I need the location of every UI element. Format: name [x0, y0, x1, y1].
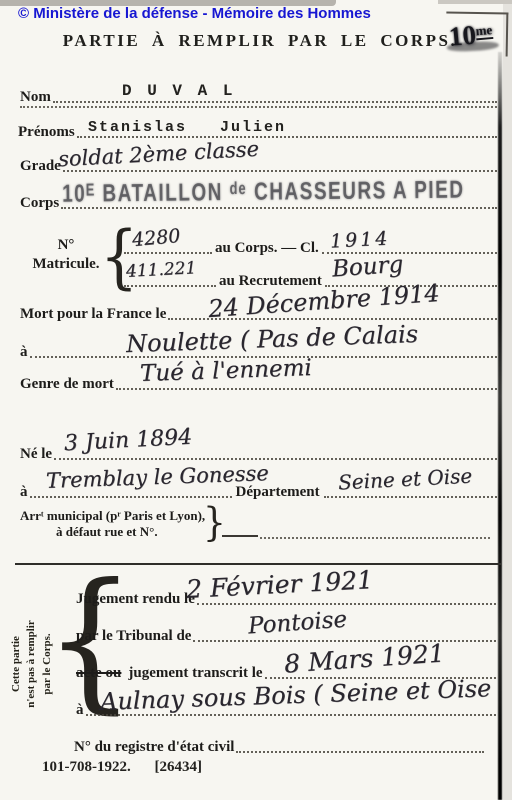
- matricule-corps-number: 4280: [131, 225, 181, 251]
- registre-label: N° du registre d'état civil: [74, 738, 234, 756]
- matricule-recrutement-number: 411.221: [126, 258, 197, 282]
- footer-reference-row: 101-708-1922. [26434]: [42, 759, 202, 776]
- nom-value: D U V A L: [122, 82, 235, 100]
- registre-leader: [236, 749, 484, 753]
- transcrit-label: jugement transcrit le: [128, 664, 262, 682]
- classe-value: 1914: [329, 227, 390, 252]
- corps-stamp-value: 10ᴱ BATAILLON ᵈᵉ CHASSEURS A PIED: [62, 177, 465, 210]
- ne-lieu-label: à: [20, 483, 28, 501]
- corps-label: Corps: [20, 194, 59, 212]
- arrondissement-dotline: [260, 535, 490, 539]
- footer-number: [26434]: [155, 759, 203, 775]
- matricule-recr-leader1: [124, 283, 216, 287]
- ne-le-label: Né le: [20, 445, 52, 463]
- arrondissement-label-line2: à défaut rue et N°.: [56, 524, 158, 540]
- field-nom: Nom: [20, 86, 497, 106]
- departement-leader: [324, 494, 497, 498]
- document-page: © Ministère de la défense - Mémoire des …: [0, 0, 512, 800]
- ne-le-leader: [54, 456, 497, 460]
- matricule-label: Matricule.: [26, 256, 106, 273]
- mort-date-label: Mort pour la France le: [20, 305, 166, 323]
- corner-stamp-suffix: me: [475, 22, 493, 40]
- footer-reference: 101-708-1922.: [42, 759, 131, 775]
- mort-lieu-label: à: [20, 343, 28, 361]
- side-note-line1: Cette partie: [9, 589, 24, 739]
- recrutement-place-value: Bourg: [331, 252, 404, 283]
- corner-stamp-text: 10me: [448, 18, 494, 53]
- side-note-line2: n'est pas à remplir: [24, 589, 39, 739]
- genre-mort-leader: [116, 386, 497, 390]
- grade-leader: [63, 168, 497, 172]
- tribunal-leader: [193, 638, 496, 642]
- tribunal-label: par le Tribunal de: [76, 627, 191, 645]
- au-corps-label: au Corps. — Cl.: [215, 239, 319, 257]
- ne-lieu-leader: [30, 494, 232, 498]
- nom-leader: [53, 99, 497, 103]
- arrondissement-dash: [222, 535, 258, 537]
- transcrit-struck-label: acte ou: [76, 664, 121, 682]
- corner-stamp-number: 10: [448, 19, 478, 51]
- scan-edge-top-right-strip: [438, 0, 512, 4]
- jugement-lieu-label: à: [76, 701, 84, 719]
- field-registre: N° du registre d'état civil: [74, 736, 484, 756]
- prenoms-value: Stanislas Julien: [88, 119, 286, 136]
- jugement-rendu-label: Jugement rendu le: [76, 590, 195, 608]
- arrondissement-label-line1: Arrᵗ municipal (pʳ Paris et Lyon),: [20, 508, 205, 524]
- form-title: PARTIE À REMPLIR PAR LE CORPS.: [60, 31, 460, 51]
- scan-edge-right-line: [498, 52, 502, 800]
- grade-label: Grade: [20, 157, 61, 175]
- genre-mort-label: Genre de mort: [20, 375, 114, 393]
- watermark: © Ministère de la défense - Mémoire des …: [18, 5, 371, 22]
- corner-stamp-box: 10me: [446, 11, 509, 56]
- jugement-rendu-leader: [197, 601, 496, 605]
- prenoms-label: Prénoms: [18, 123, 75, 141]
- matricule-label-no: N°: [30, 237, 102, 254]
- scan-edge-right-outer: [503, 0, 512, 800]
- nom-extra-line: [20, 104, 497, 108]
